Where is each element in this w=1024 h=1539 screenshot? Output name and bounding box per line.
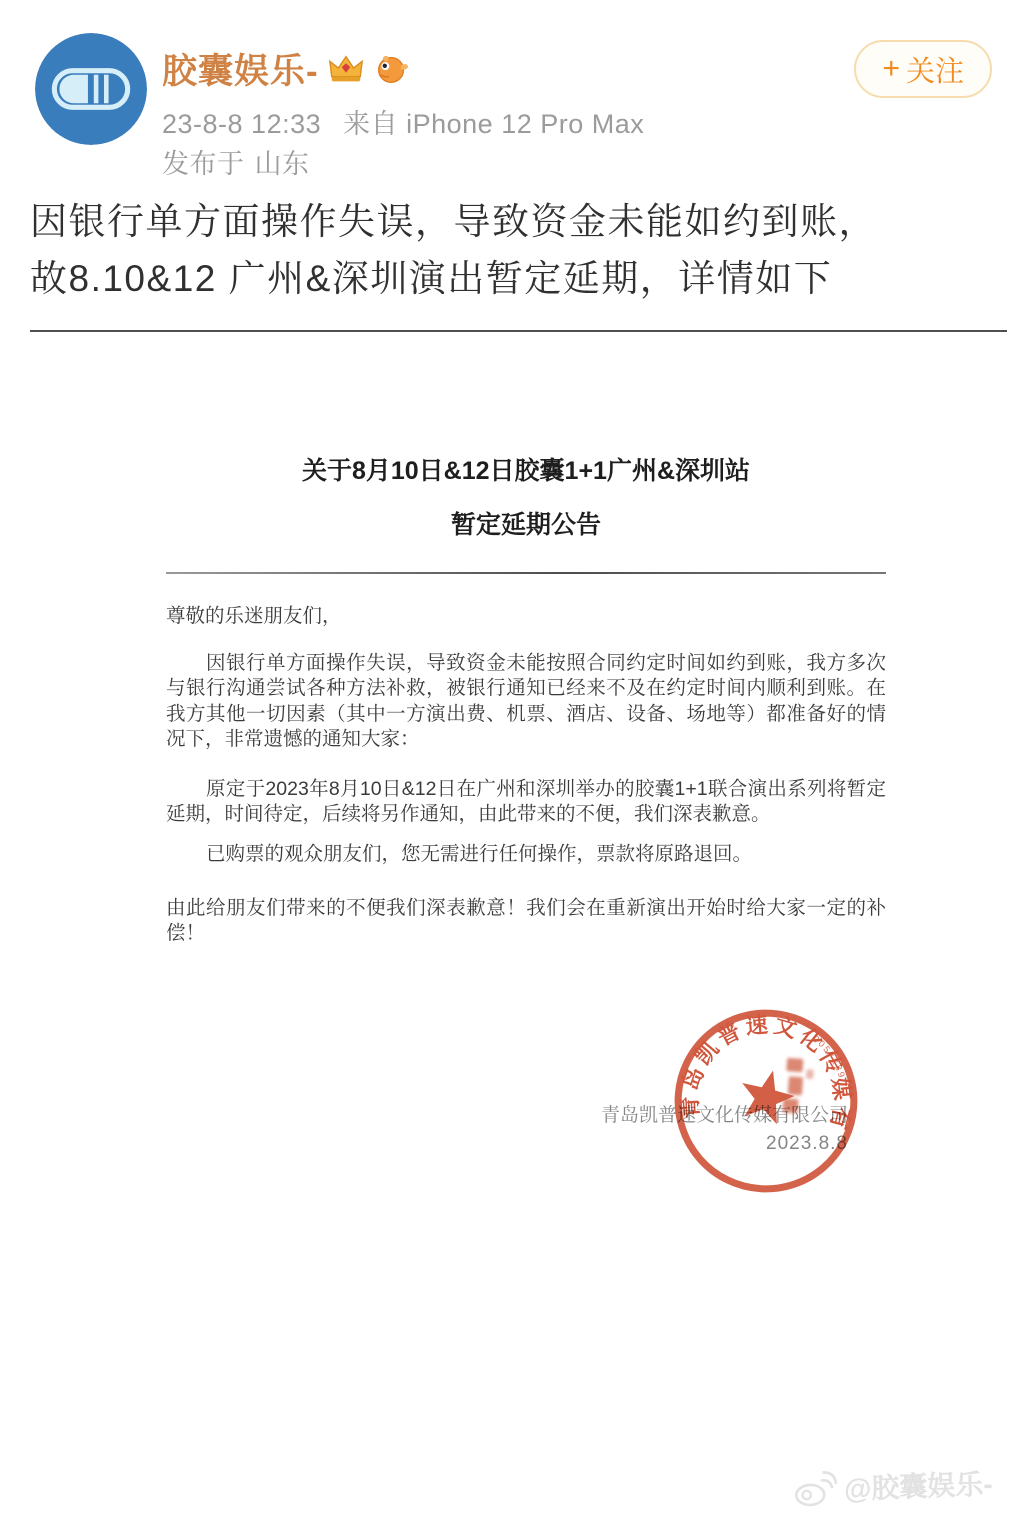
- follow-label: 关注: [906, 49, 964, 90]
- doc-salutation: 尊敬的乐迷朋友们，: [166, 604, 886, 629]
- doc-paragraph: 因银行单方面操作失误，导致资金未能按照合同约定时间如约到账，我方多次与银行沟通尝…: [166, 651, 886, 752]
- svg-text:2057239: 2057239: [808, 1033, 850, 1081]
- post-source: 来自 iPhone 12 Pro Max: [343, 109, 644, 139]
- post-meta: 23-8-8 12:33来自 iPhone 12 Pro Max: [162, 102, 644, 141]
- blowfish-icon: [373, 50, 411, 88]
- doc-paragraph: 由此给朋友们带来的不便我们深表歉意！我们会在重新演出开始时给大家一定的补偿！: [166, 896, 886, 946]
- plus-icon: +: [882, 52, 900, 86]
- post-text-line: 故8.10&12 广州&深圳演出暂定延期，详情如下: [30, 250, 1005, 307]
- timestamp: 23-8-8 12:33: [162, 109, 321, 139]
- announcement-image[interactable]: 关于8月10日&12日胶囊1+1广州&深圳站 暂定延期公告 尊敬的乐迷朋友们， …: [166, 456, 886, 946]
- weibo-watermark: @胶囊娱乐-: [792, 1463, 993, 1510]
- location: 山东: [255, 149, 310, 179]
- follow-button[interactable]: + 关注: [854, 40, 992, 98]
- vip-crown-icon: [327, 50, 365, 88]
- seal-serial: 2057239: [808, 1033, 850, 1081]
- doc-paragraph: 原定于2023年8月10日&12日在广州和深圳举办的胶囊1+1联合演出系列将暂定…: [166, 777, 886, 827]
- weibo-logo-icon: [792, 1468, 839, 1510]
- watermark-handle: @胶囊娱乐-: [843, 1463, 993, 1508]
- company-seal: 青岛凯普速文化传媒有限公司 2057239: [658, 993, 874, 1209]
- username[interactable]: 胶囊娱乐-: [162, 44, 319, 94]
- doc-signature: 青岛凯普速文化传媒有限公司 2023.8.8: [601, 1106, 848, 1153]
- publish-location: 发布于山东: [162, 142, 310, 181]
- doc-title-line1: 关于8月10日&12日胶囊1+1广州&深圳站: [166, 456, 886, 486]
- doc-title-line2: 暂定延期公告: [166, 510, 886, 540]
- signature-date: 2023.8.8: [601, 1134, 848, 1153]
- post-text: 因银行单方面操作失误，导致资金未能如约到账， 故8.10&12 广州&深圳演出暂…: [30, 193, 1005, 307]
- post-divider: [30, 330, 1007, 332]
- doc-rule: [166, 572, 886, 574]
- post-text-line: 因银行单方面操作失误，导致资金未能如约到账，: [30, 193, 1005, 250]
- signature-company: 青岛凯普速文化传媒有限公司: [601, 1106, 848, 1125]
- doc-paragraph: 已购票的观众朋友们，您无需进行任何操作，票款将原路退回。: [166, 842, 886, 867]
- published-label: 发布于: [162, 149, 245, 179]
- profile-avatar[interactable]: [35, 33, 147, 145]
